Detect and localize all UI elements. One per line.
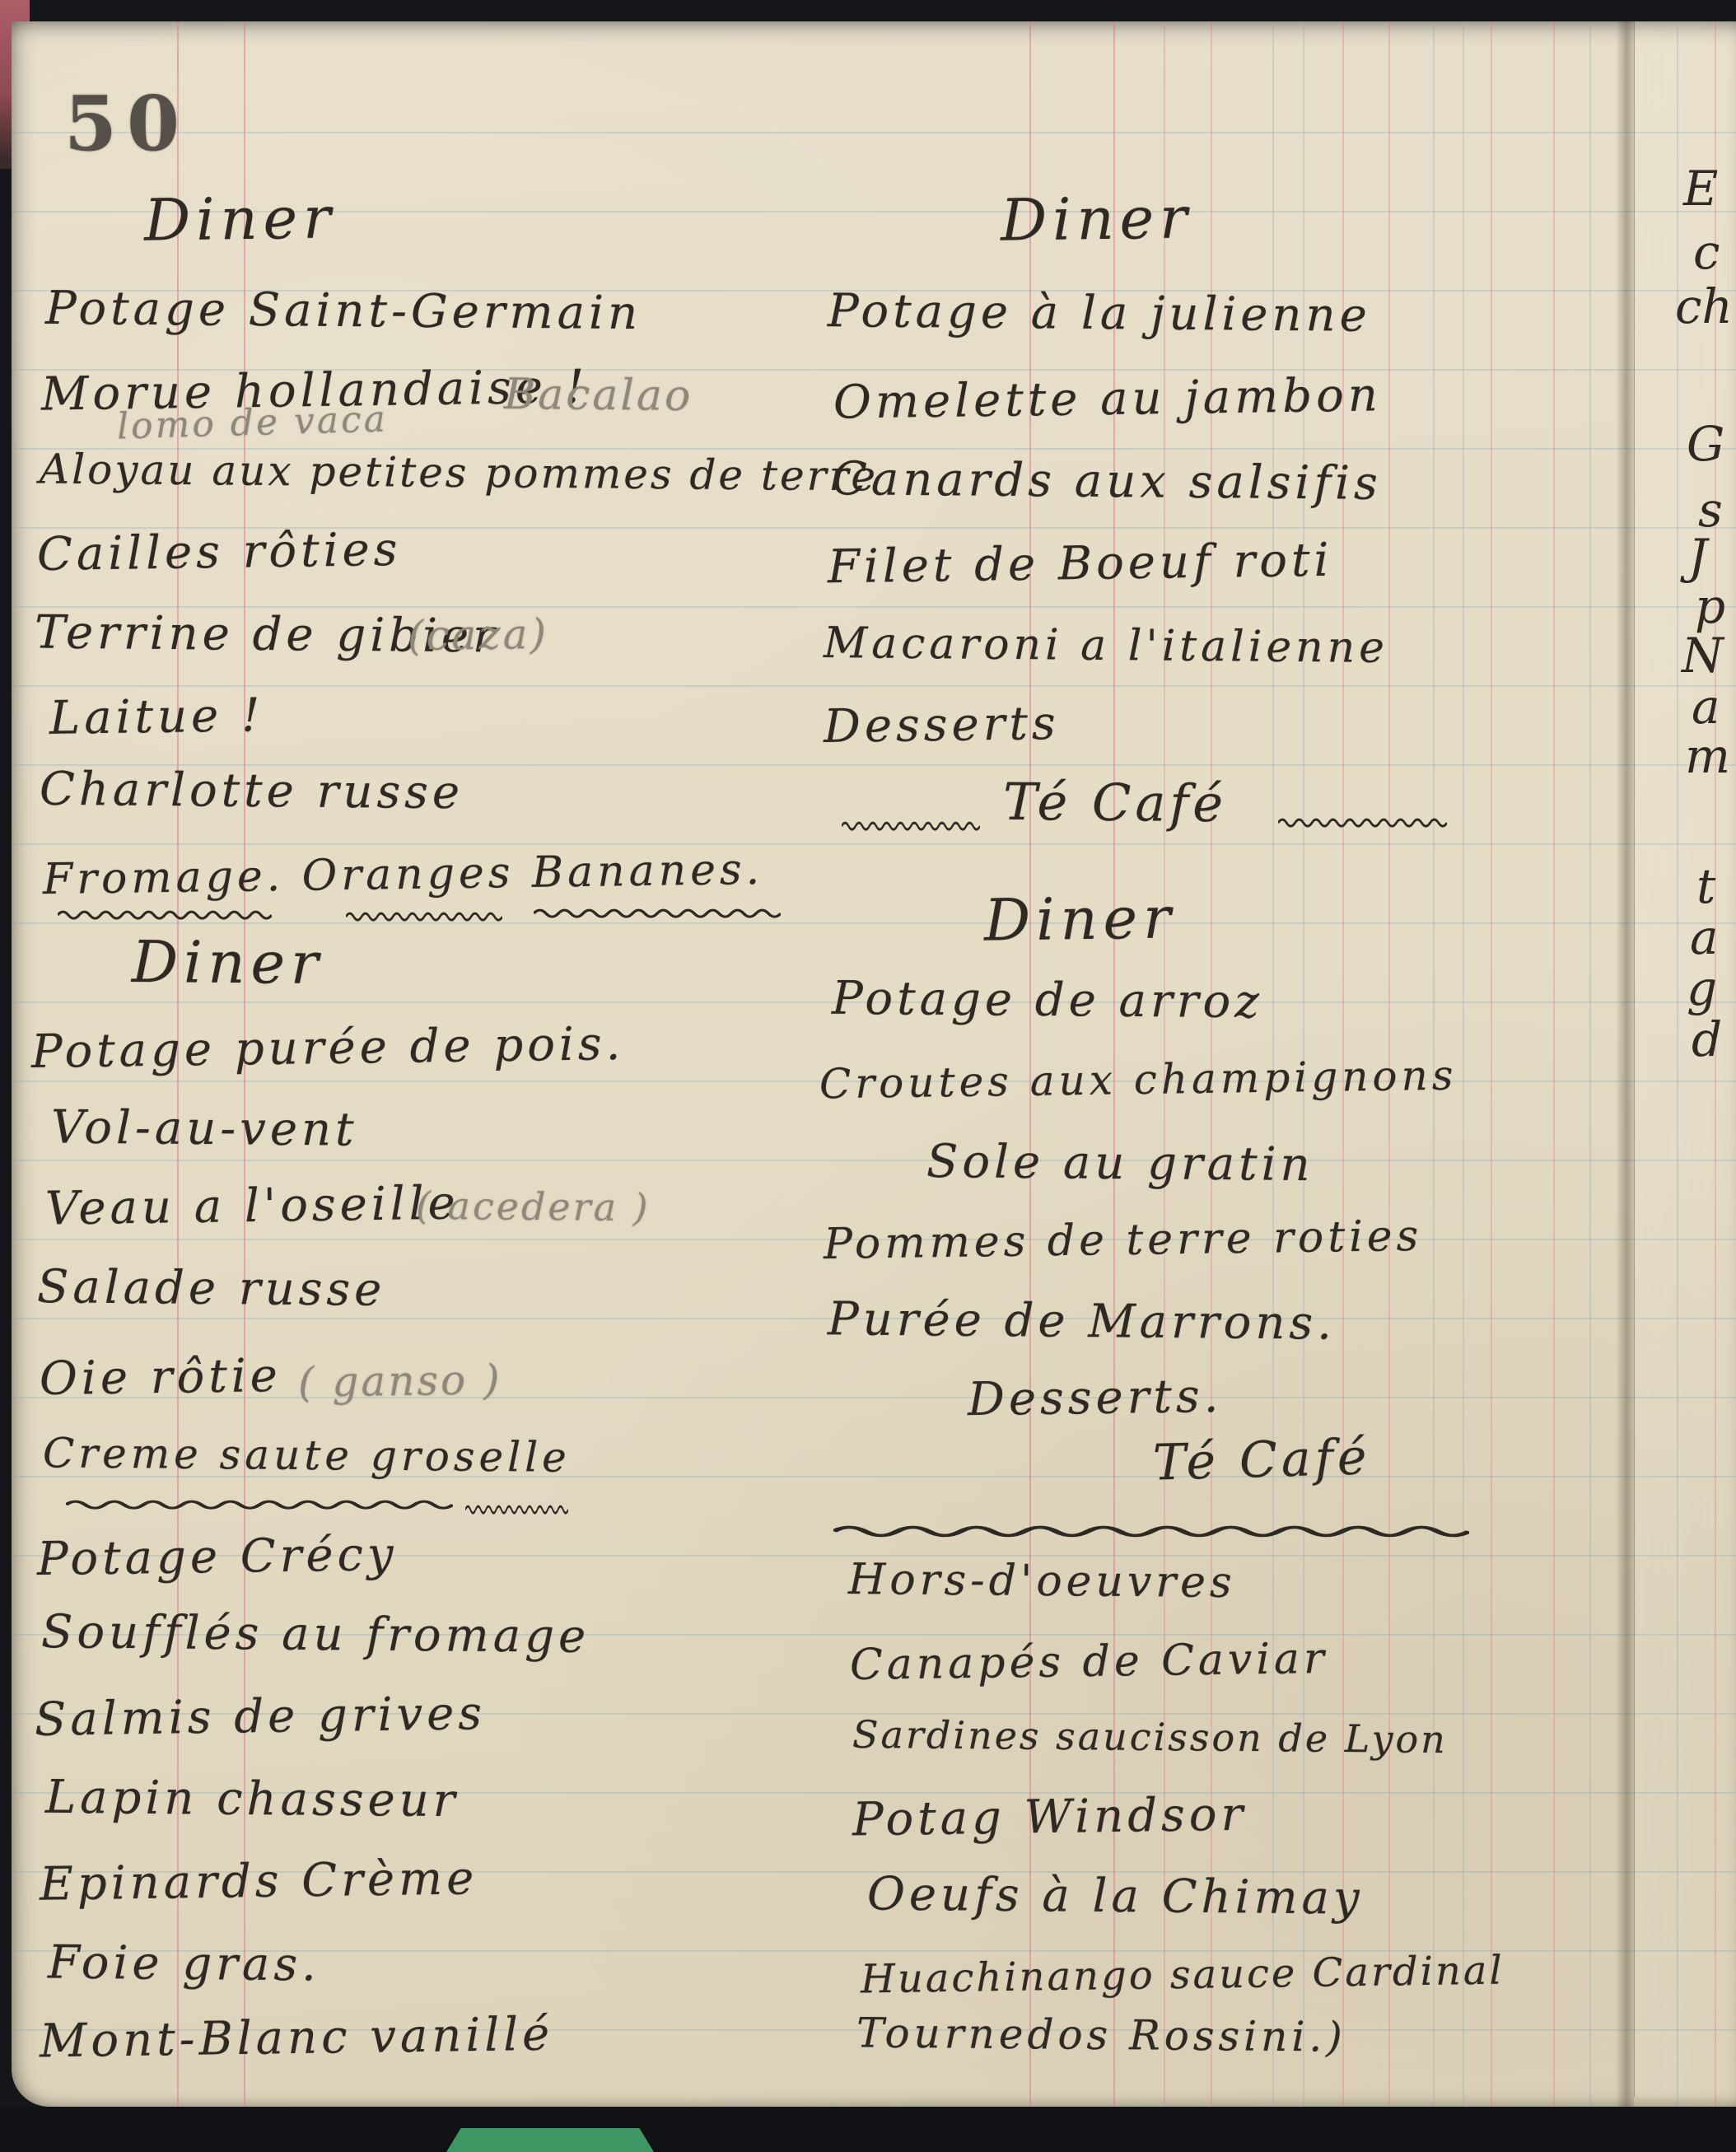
ink-squiggle-flourish: [1278, 815, 1447, 829]
ink-squiggle-underline: [58, 908, 272, 921]
column-rule: [1491, 21, 1492, 2107]
edge-text-fragment: a: [1690, 909, 1719, 965]
menu-item: Laitue !: [49, 689, 264, 745]
edge-text-fragment: g: [1687, 960, 1717, 1016]
pencil-annotation: ( acedera ): [416, 1183, 651, 1230]
menu-heading: Diner: [132, 928, 324, 997]
menu-item: Salmis de grives: [35, 1687, 487, 1747]
edge-text-fragment: J: [1688, 529, 1707, 585]
green-bookmark-tab: [446, 2128, 654, 2152]
pencil-annotation: Bacalao: [504, 370, 693, 421]
edge-text-fragment: c: [1693, 224, 1720, 280]
menu-item: Lapin chasseur: [45, 1771, 460, 1828]
menu-item: Pommes de terre roties: [824, 1211, 1423, 1269]
menu-item: Salade russe: [37, 1260, 386, 1317]
menu-item: Canapés de Caviar: [850, 1634, 1329, 1690]
ink-squiggle-underline: [534, 906, 781, 919]
menu-item: Potage purée de pois.: [31, 1017, 625, 1079]
menu-item: Sole au gratin: [926, 1135, 1314, 1192]
page-fold: [1616, 21, 1634, 2107]
menu-item: Potag Windsor: [852, 1788, 1248, 1847]
menu-item: Mont-Blanc vanillé: [40, 2008, 554, 2069]
menu-heading: Té Café: [1152, 1428, 1371, 1491]
menu-heading: Diner: [1000, 184, 1193, 254]
menu-item: Potage de arroz: [832, 972, 1263, 1029]
menu-item: Potage à la julienne: [828, 284, 1371, 343]
edge-text-fragment: d: [1692, 1011, 1722, 1067]
ink-squiggle-divider: [465, 1502, 568, 1515]
menu-item: Filet de Boeuf roti: [828, 534, 1333, 595]
menu-item: Hors-d'oeuvres: [848, 1555, 1236, 1608]
ink-wavy-rule: [833, 1522, 1469, 1538]
edge-text-fragment: ch: [1675, 278, 1733, 334]
edge-text-fragment: p: [1695, 578, 1725, 634]
menu-item: Cailles rôties: [37, 523, 402, 581]
edge-text-fragment: G: [1687, 416, 1724, 472]
menu-item: Creme saute groselle: [43, 1429, 571, 1482]
ink-squiggle-underline: [346, 909, 502, 922]
edge-text-fragment: N: [1682, 628, 1724, 684]
edge-text-fragment: t: [1696, 858, 1715, 914]
menu-item: Desserts.: [968, 1370, 1223, 1426]
menu-item: Potage Crécy: [37, 1528, 398, 1586]
menu-item: Epinards Crème: [40, 1851, 478, 1911]
menu-item: Foie gras.: [48, 1936, 320, 1992]
menu-item: Huachinango sauce Cardinal: [861, 1948, 1505, 2003]
edge-text-fragment: m: [1685, 728, 1730, 784]
column-rule: [1463, 21, 1464, 2107]
menu-heading: Diner: [143, 184, 337, 254]
menu-item: Charlotte russe: [40, 763, 464, 819]
edge-text-fragment: a: [1692, 679, 1720, 735]
menu-item: Veau a l'oseille: [45, 1176, 460, 1235]
menu-item: Fromage. Oranges Bananes.: [43, 845, 764, 904]
menu-item: Canards aux salsifis: [832, 452, 1382, 511]
menu-item: Croutes aux champignons: [819, 1052, 1458, 1109]
menu-item: Aloyau aux petites pommes de terre: [40, 446, 878, 501]
column-rule: [1589, 21, 1591, 2107]
menu-item: Oie rôtie: [40, 1349, 282, 1406]
column-rule: [1553, 21, 1555, 2107]
scanned-menu-notebook-page: 50 Diner Potage Saint-Germain Morue holl…: [0, 0, 1736, 2152]
menu-item: Purée de Marrons.: [828, 1292, 1337, 1350]
menu-heading: Diner: [983, 884, 1177, 954]
menu-item: Vol-au-vent: [51, 1100, 358, 1156]
menu-item: Macaroni a l'italienne: [824, 619, 1388, 673]
menu-item: Potage Saint-Germain: [45, 282, 642, 340]
edge-text-fragment: E: [1683, 161, 1718, 217]
pencil-annotation: ( ganso ): [298, 1356, 502, 1406]
pencil-annotation: lomo de vaca: [116, 398, 388, 447]
menu-item: Sardines saucisson de Lyon: [852, 1712, 1448, 1762]
menu-item: Desserts: [824, 697, 1061, 754]
ink-squiggle-divider: [66, 1497, 453, 1510]
menu-item: Oeufs à la Chimay: [867, 1867, 1364, 1925]
menu-item: Omelette au jambon: [833, 368, 1383, 429]
menu-heading: Té Café: [1003, 772, 1228, 833]
pencil-annotation: (caza): [408, 610, 549, 660]
menu-item: Tournedos Rossini.): [856, 2009, 1346, 2061]
ink-squiggle-flourish: [842, 819, 980, 832]
page-number: 50: [64, 79, 189, 168]
menu-item: Soufflés au fromage: [41, 1605, 590, 1664]
scan-background: [0, 2107, 1736, 2152]
